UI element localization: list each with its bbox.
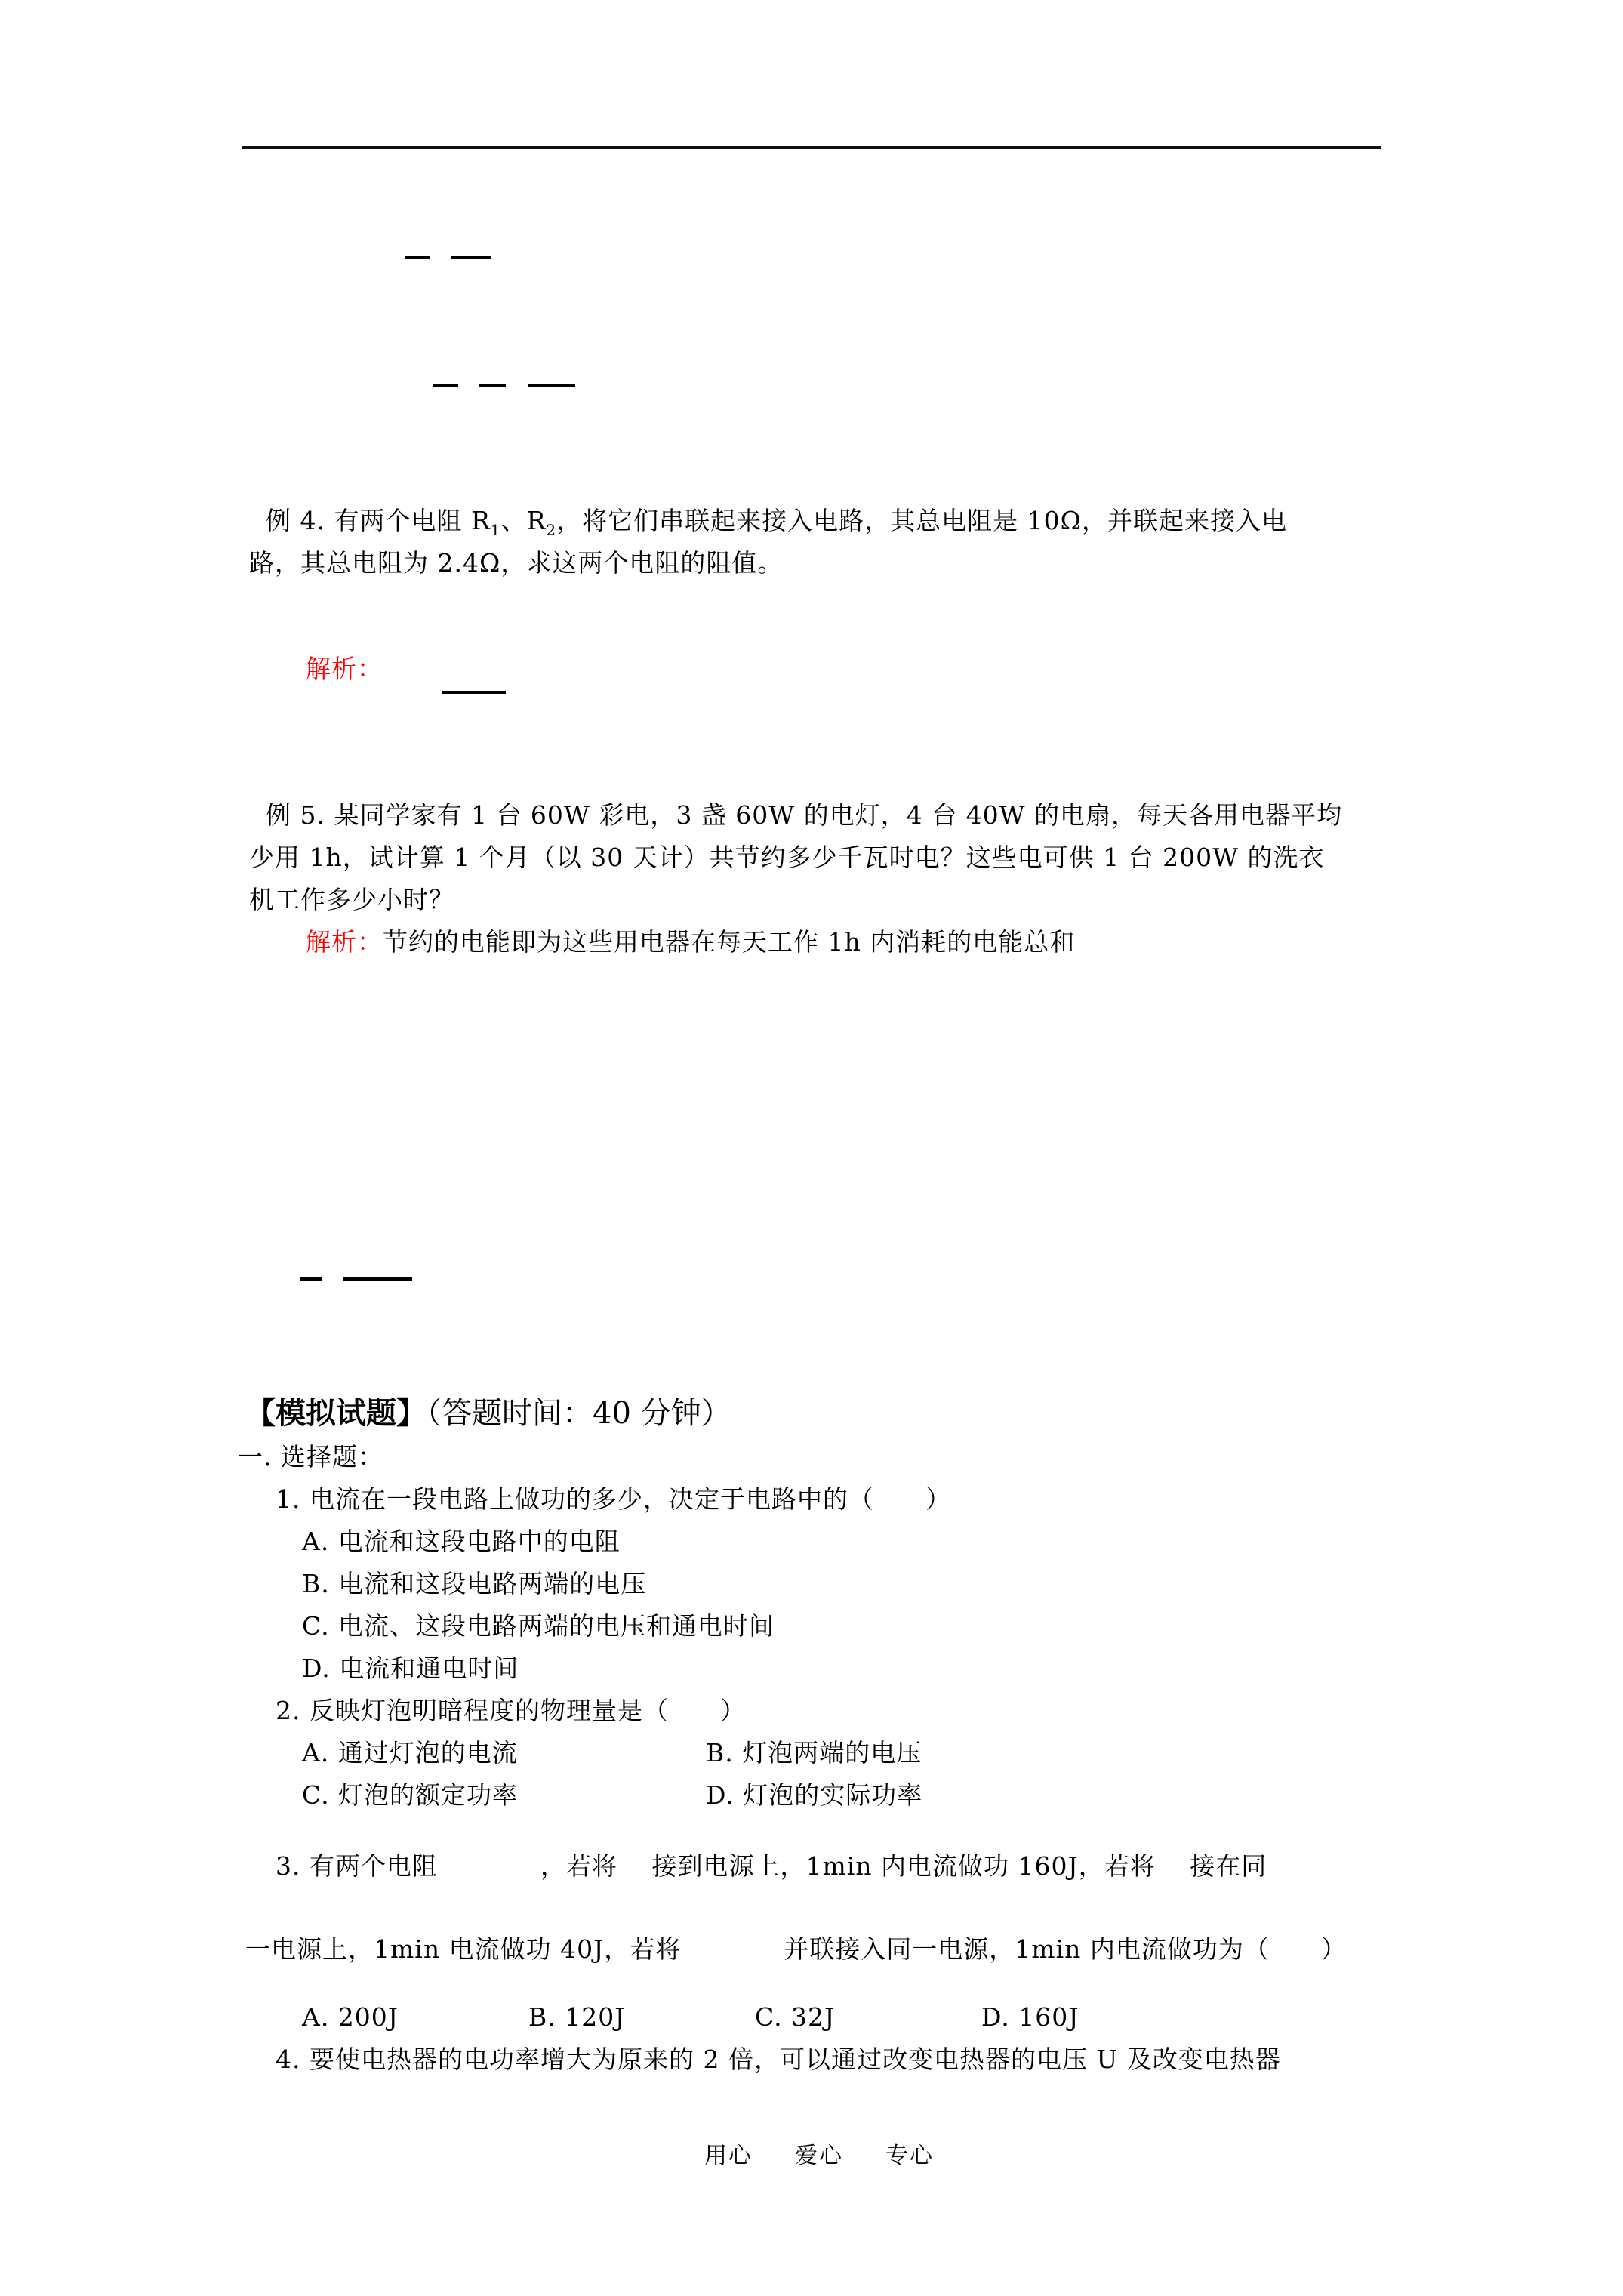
q1-option-d[interactable]: D. 电流和通电时间 — [302, 1653, 519, 1684]
question-2: 2. 反映灯泡明暗程度的物理量是（ ） — [276, 1696, 746, 1726]
q3-option-a[interactable]: A. 200J — [302, 2002, 399, 2032]
example-5-analysis: 解析：节约的电能即为这些用电器在每天工作 1h 内消耗的电能总和 — [306, 927, 1075, 957]
question-1: 1. 电流在一段电路上做功的多少，决定于电路中的（ ） — [276, 1484, 951, 1515]
q3-option-b[interactable]: B. 120J — [528, 2002, 625, 2032]
question-4-line-1: 4. 要使电热器的电功率增大为原来的 2 倍，可以通过改变电热器的电压 U 及改… — [276, 2045, 1281, 2075]
q1-option-b[interactable]: B. 电流和这段电路两端的电压 — [302, 1569, 646, 1599]
example-5-line-3: 机工作多少小时？ — [249, 885, 454, 915]
footer-item: 专心 — [885, 2143, 934, 2169]
fraction-line — [442, 691, 506, 694]
example-4-label: 例 4. — [266, 506, 325, 535]
section-choice-heading: 一. 选择题： — [238, 1442, 383, 1472]
fraction-line — [433, 384, 458, 387]
fraction-line — [451, 256, 491, 259]
fraction-line — [300, 1277, 322, 1281]
example-4-line-1: 例 4. 有两个电阻 R1、R2，将它们串联起来接入电路，其总电阻是 10Ω，并… — [266, 506, 1287, 545]
header-rule — [242, 146, 1381, 149]
page-footer: 用心爱心专心 — [683, 2137, 955, 2170]
fraction-line — [343, 1277, 412, 1281]
q1-option-a[interactable]: A. 电流和这段电路中的电阻 — [302, 1527, 621, 1557]
q2-option-d[interactable]: D. 灯泡的实际功率 — [706, 1780, 922, 1811]
fraction-line — [405, 256, 430, 259]
analysis-label: 解析： — [306, 927, 383, 957]
question-3-line-1: 3. 有两个电阻 ，若将 接到电源上，1min 内电流做功 160J，若将 接在… — [276, 1851, 1267, 1881]
analysis-label: 解析： — [306, 654, 383, 684]
mock-test-title: 【模拟试题】（答题时间：40 分钟） — [245, 1395, 731, 1432]
q2-option-b[interactable]: B. 灯泡两端的电压 — [706, 1738, 922, 1768]
fraction-line — [528, 384, 575, 387]
q3-option-d[interactable]: D. 160J — [981, 2002, 1079, 2032]
example-5-line-1: 例 5. 某同学家有 1 台 60W 彩电，3 盏 60W 的电灯，4 台 40… — [266, 800, 1342, 831]
q2-option-c[interactable]: C. 灯泡的额定功率 — [302, 1780, 518, 1811]
example-4-line-2: 路，其总电阻为 2.4Ω，求这两个电阻的阻值。 — [249, 548, 783, 578]
q3-option-c[interactable]: C. 32J — [755, 2002, 835, 2032]
footer-item: 用心 — [704, 2143, 753, 2169]
q1-option-c[interactable]: C. 电流、这段电路两端的电压和通电时间 — [302, 1611, 775, 1641]
footer-item: 爱心 — [795, 2143, 843, 2169]
example-5-line-2: 少用 1h，试计算 1 个月（以 30 天计）共节约多少千瓦时电？这些电可供 1… — [249, 843, 1325, 873]
fraction-line — [479, 384, 506, 387]
q2-option-a[interactable]: A. 通过灯泡的电流 — [302, 1738, 518, 1768]
question-3-line-2: 一电源上，1min 电流做功 40J，若将 并联接入同一电源，1min 内电流做… — [245, 1934, 1347, 1965]
